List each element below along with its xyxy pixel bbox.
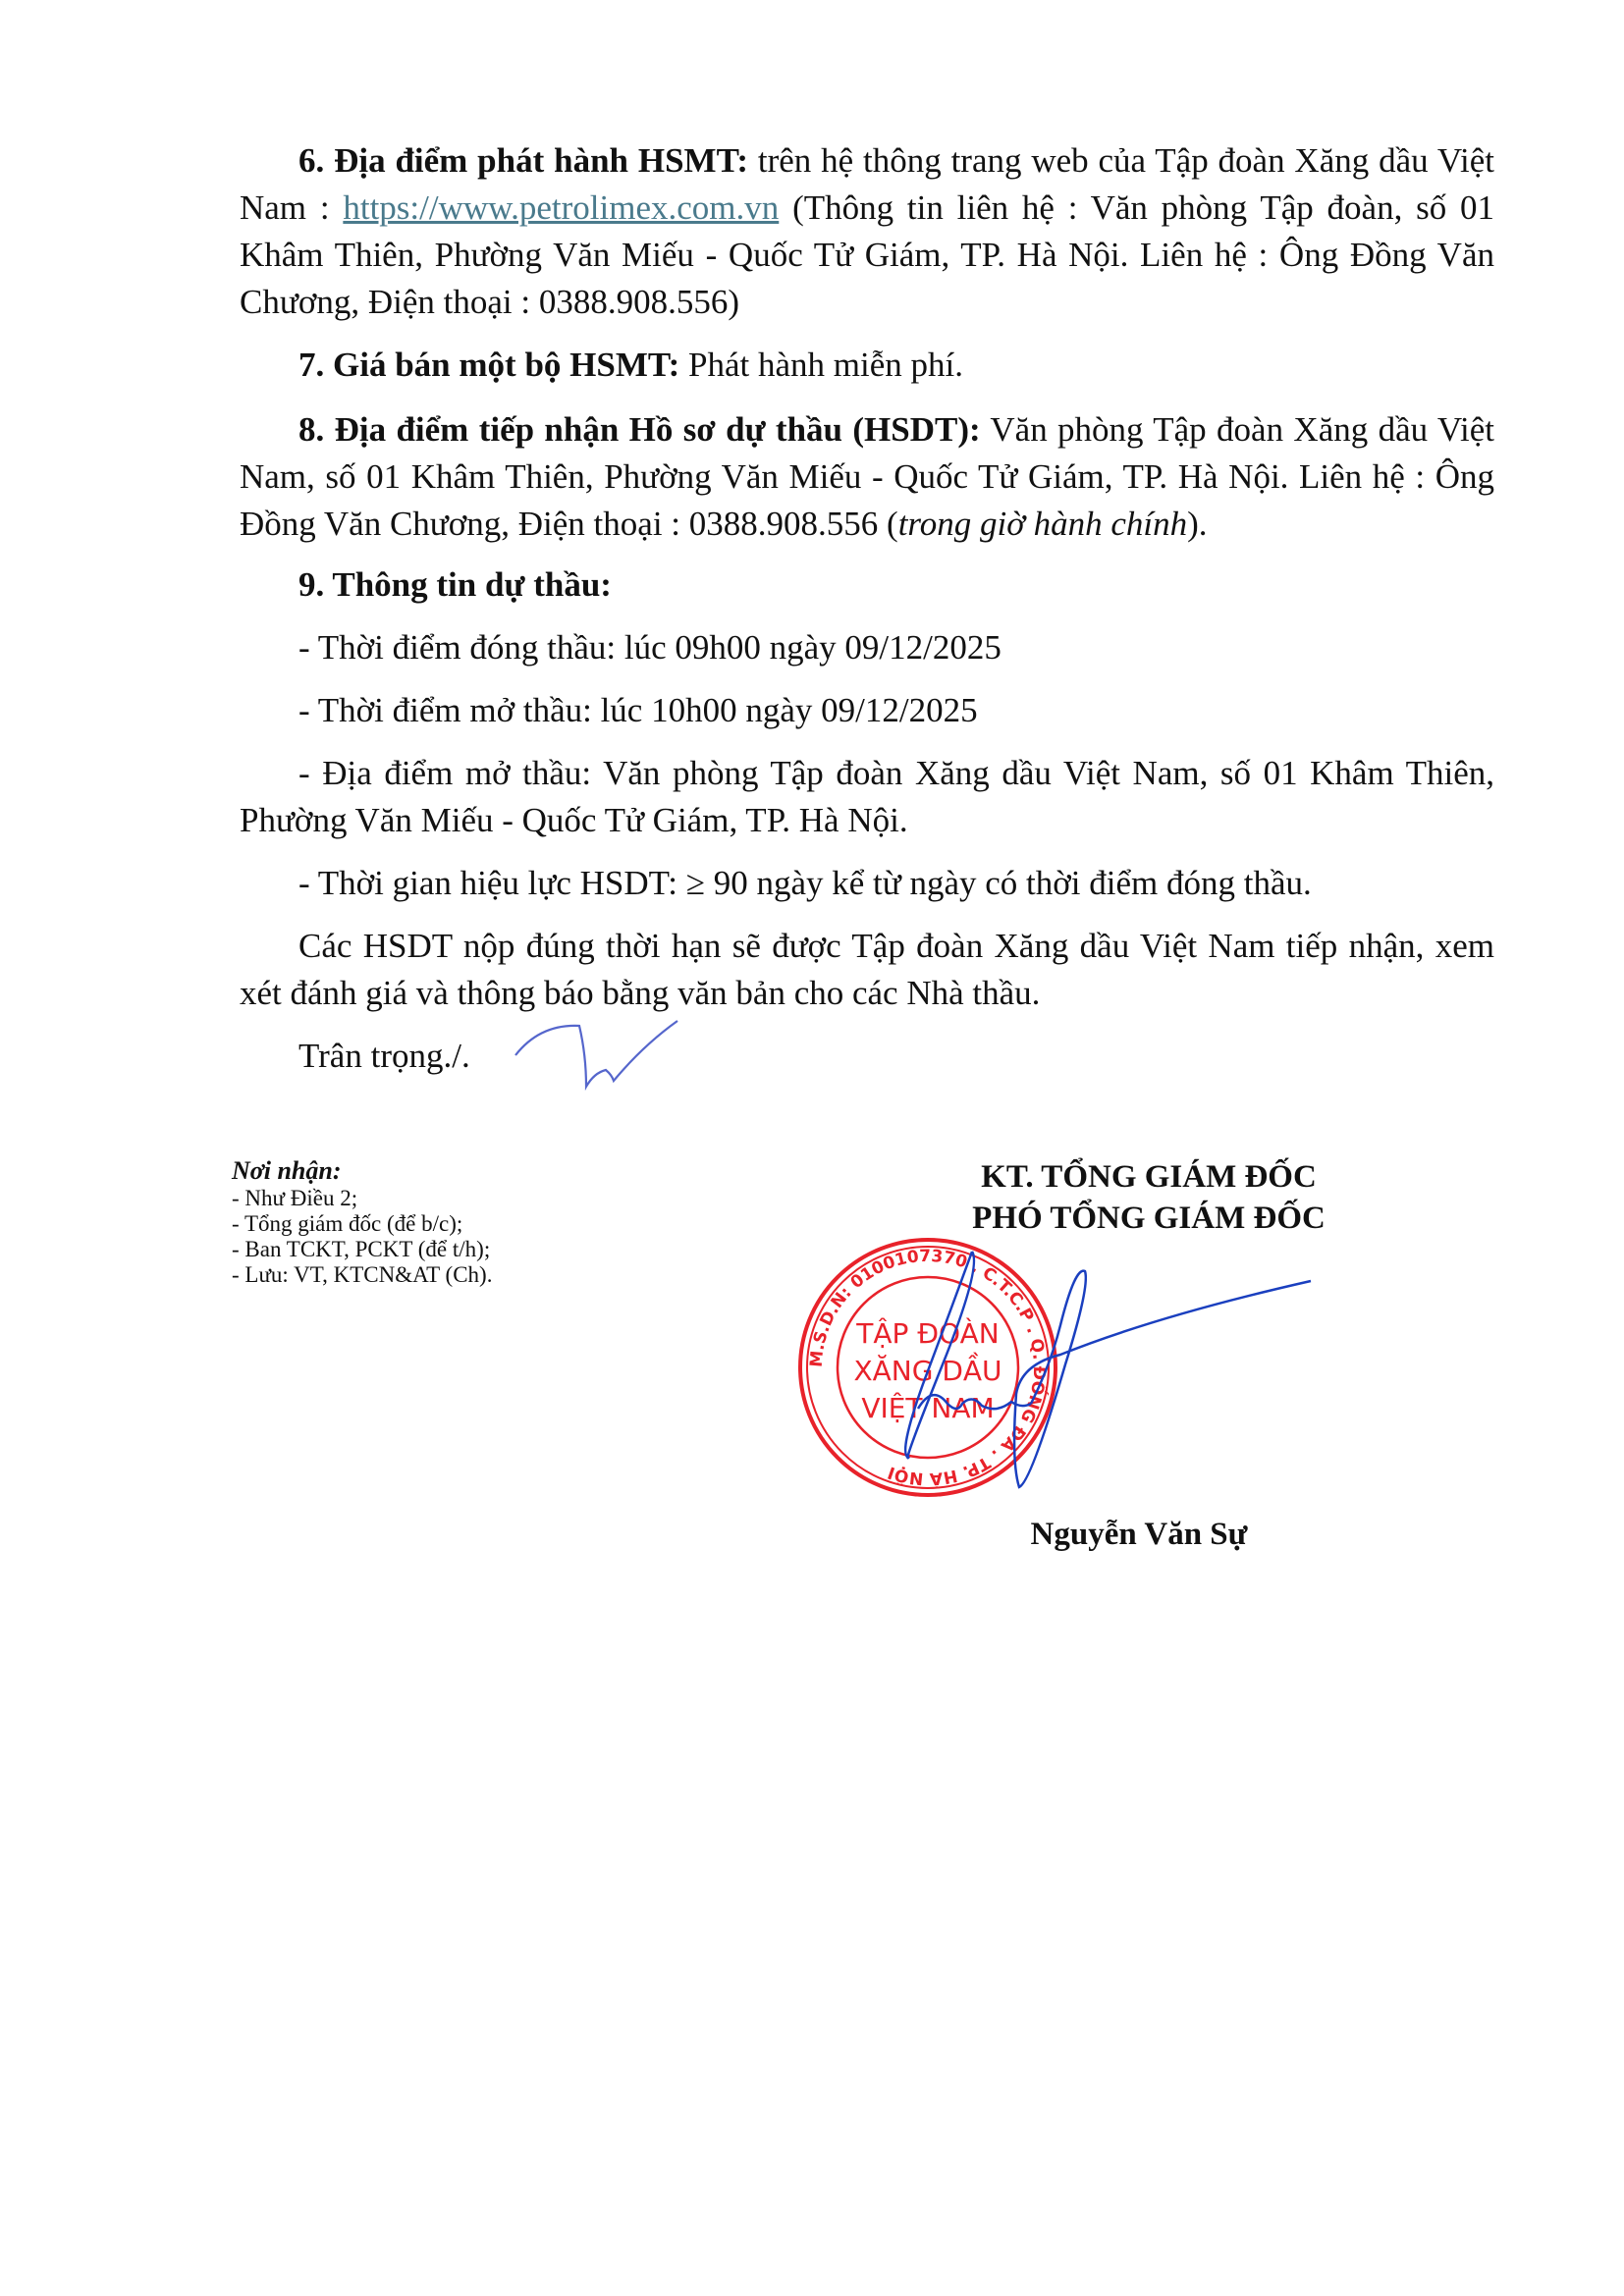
closing-paragraph: Các HSDT nộp đúng thời hạn sẽ được Tập đ… [240, 923, 1494, 1017]
bid-closing-time: - Thời điểm đóng thầu: lúc 09h00 ngày 09… [240, 624, 1494, 671]
recipients-block: Nơi nhận: - Như Điều 2; - Tổng giám đốc … [232, 1158, 492, 1288]
section-8: 8. Địa điểm tiếp nhận Hồ sơ dự thầu (HSD… [240, 406, 1494, 548]
section-8-end: ). [1187, 505, 1207, 543]
recipient-item: - Như Điều 2; [232, 1186, 492, 1211]
handwritten-signature-icon [864, 1247, 1335, 1502]
recipients-title: Nơi nhận: [232, 1158, 492, 1184]
section-7: 7. Giá bán một bộ HSMT: Phát hành miễn p… [240, 342, 1494, 389]
section-6-label: 6. Địa điểm phát hành HSMT: [298, 141, 748, 180]
bid-opening-location: - Địa điểm mở thầu: Văn phòng Tập đoàn X… [240, 750, 1494, 844]
recipient-item: - Lưu: VT, KTCN&AT (Ch). [232, 1262, 492, 1288]
section-7-label: 7. Giá bán một bộ HSMT: [298, 346, 679, 384]
section-9-label: 9. Thông tin dự thầu: [298, 565, 612, 604]
signature-title-block: KT. TỔNG GIÁM ĐỐC PHÓ TỔNG GIÁM ĐỐC [884, 1156, 1414, 1239]
initials-signature-icon [496, 1016, 692, 1095]
petrolimex-link[interactable]: https://www.petrolimex.com.vn [343, 188, 779, 227]
bid-opening-time: - Thời điểm mở thầu: lúc 10h00 ngày 09/1… [240, 687, 1494, 734]
bid-validity: - Thời gian hiệu lực HSDT: ≥ 90 ngày kể … [240, 860, 1494, 907]
section-9: 9. Thông tin dự thầu: [240, 561, 1494, 609]
signer-name: Nguyễn Văn Sự [943, 1517, 1335, 1553]
document-page: 6. Địa điểm phát hành HSMT: trên hệ thôn… [0, 0, 1624, 2296]
section-8-italic: trong giờ hành chính [898, 505, 1187, 543]
section-6: 6. Địa điểm phát hành HSMT: trên hệ thôn… [240, 137, 1494, 326]
regards: Trân trọng./. [240, 1033, 1494, 1080]
recipient-item: - Tổng giám đốc (để b/c); [232, 1211, 492, 1237]
section-8-label: 8. Địa điểm tiếp nhận Hồ sơ dự thầu (HSD… [298, 410, 981, 449]
signature-title-line2: PHÓ TỔNG GIÁM ĐỐC [884, 1198, 1414, 1239]
section-7-text: Phát hành miễn phí. [679, 346, 963, 384]
recipient-item: - Ban TCKT, PCKT (để t/h); [232, 1237, 492, 1262]
signature-title-line1: KT. TỔNG GIÁM ĐỐC [884, 1156, 1414, 1198]
